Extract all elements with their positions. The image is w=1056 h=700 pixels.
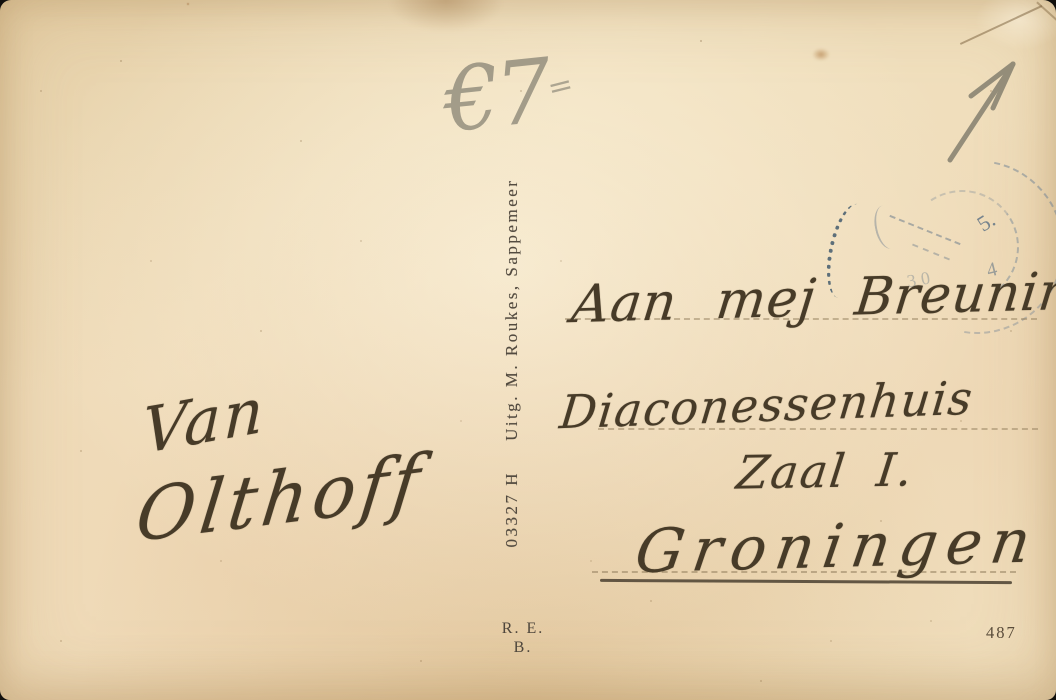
printer-initials-line2: B. [486,638,560,657]
address-line-ward: Zaal I. [734,446,917,495]
stain-top-edge [388,0,504,32]
postcard-back: €7 = 5. 4 30 03327 HUitg. M. Roukes, Sap… [0,0,1056,700]
catalog-number: 487 [986,623,1017,643]
address-line-institution: Diaconessenhuis [558,375,976,436]
sender-name-word1: Van [142,378,267,463]
pencil-price-note: €7 [440,47,553,145]
address-line-city: Groningen - [632,510,1056,582]
publisher-number: 03327 H [502,471,521,548]
stain-spot [812,48,830,61]
printer-initials-line1: R. E. [486,619,560,638]
address-line-recipient: Aan mej Breuning [569,265,1056,331]
printer-initials: R. E. B. [486,619,560,657]
publisher-imprint: 03327 HUitg. M. Roukes, Sappemeer [502,179,522,548]
paper-speckles [0,0,2,2]
equals-mark: = [545,69,577,104]
postmark-stamp: 5. 4 30 [815,145,1056,360]
publisher-name: Uitg. M. Roukes, Sappemeer [502,179,521,441]
